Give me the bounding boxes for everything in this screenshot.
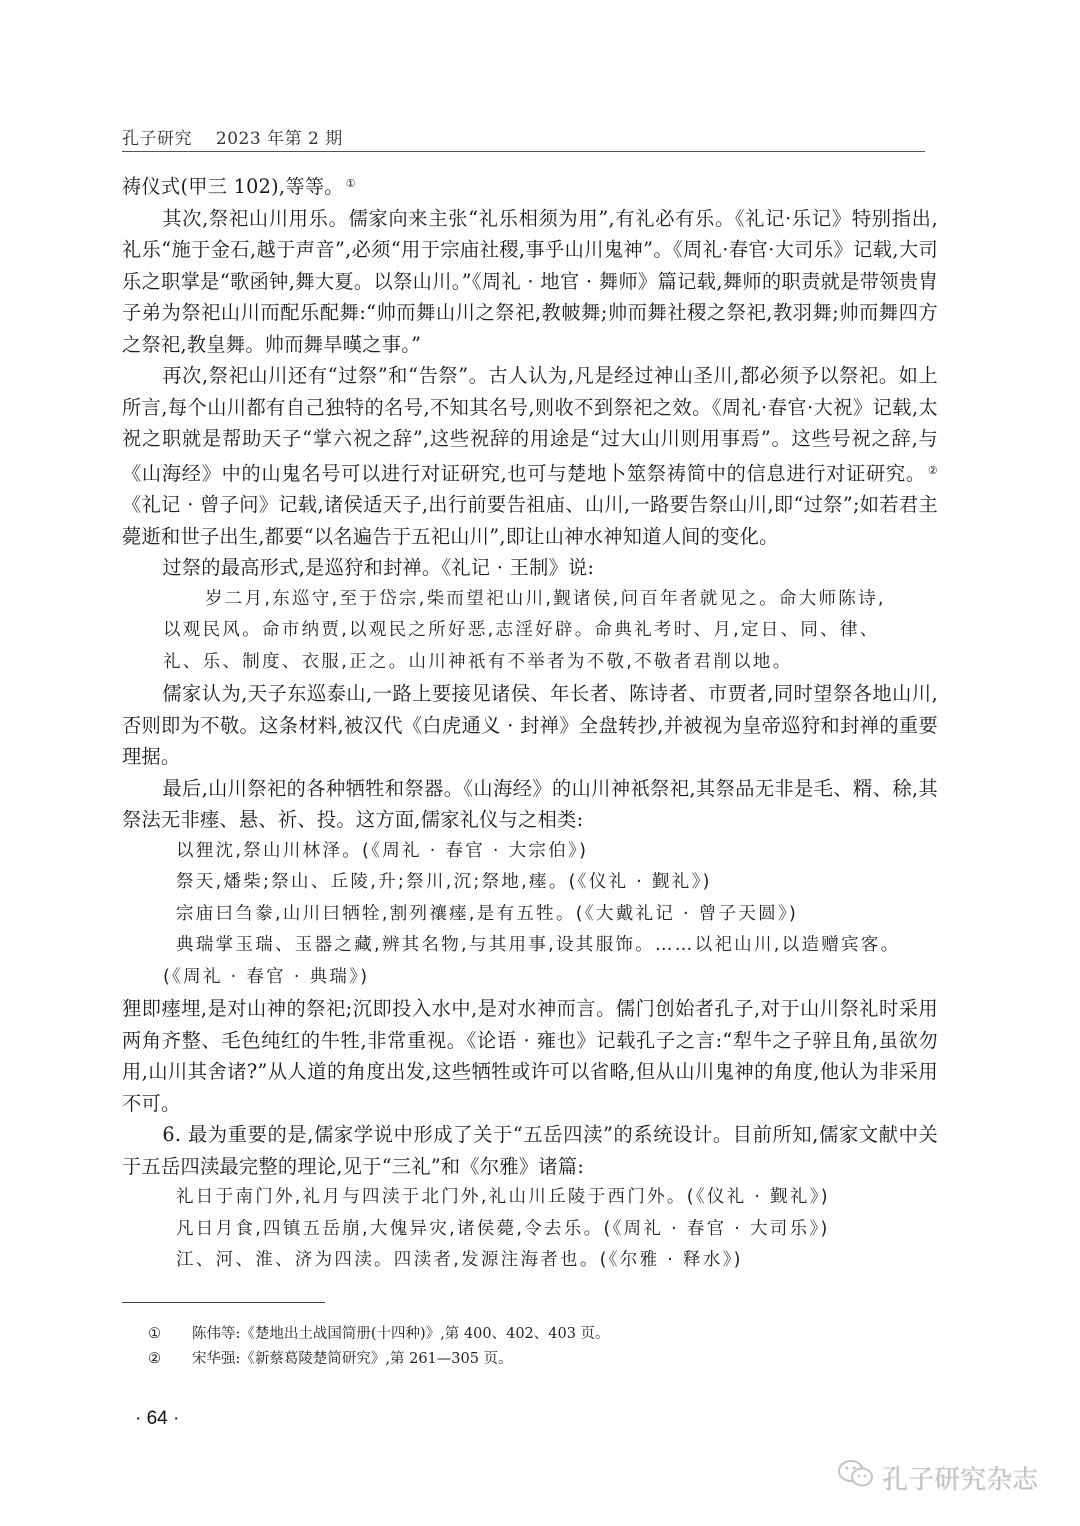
footnotes: ① 陈伟等:《楚地出土战国简册(十四种)》,第 400、402、403 页。 ②… <box>148 1322 848 1372</box>
running-head: 孔子研究 2023 年第 2 期 <box>122 124 925 149</box>
paragraph-text: 祷仪式(甲三 102),等等。 <box>122 175 344 198</box>
paragraph-text: 再次,祭祀山川还有“过祭”和“告祭”。古人认为,凡是经过神山圣川,都必须予以祭祀… <box>122 364 938 485</box>
block-quote: 典瑞掌玉瑞、玉器之藏,辨其名物,与其用事,设其服饰。……以祀山川,以造赠宾客。(… <box>122 930 923 993</box>
footnote-number: ② <box>148 1347 192 1372</box>
wechat-icon <box>836 1458 882 1497</box>
block-quote: 祭天,燔柴;祭山、丘陵,升;祭川,沉;祭地,瘗。(《仪礼 · 觐礼》) <box>122 867 938 899</box>
journal-name: 孔子研究 <box>122 129 192 149</box>
paragraph: 其次,祭祀山川用乐。儒家向来主张“礼乐相须为用”,有礼必有乐。《礼记·乐记》特别… <box>122 203 938 361</box>
footnote-ref[interactable]: ① <box>346 177 356 190</box>
block-quote: 以狸沈,祭山川林泽。(《周礼 · 春官 · 大宗伯》) <box>122 836 938 868</box>
watermark-text: 孔子研究杂志 <box>882 1459 1038 1496</box>
footnote-rule <box>122 1302 325 1303</box>
header-rule <box>122 151 925 152</box>
article-body: 祷仪式(甲三 102),等等。① 其次,祭祀山川用乐。儒家向来主张“礼乐相须为用… <box>122 168 938 1277</box>
footnote: ① 陈伟等:《楚地出土战国简册(十四种)》,第 400、402、403 页。 <box>148 1322 848 1347</box>
block-quote: 宗庙曰刍豢,山川曰牺牷,割列禳瘗,是有五牲。(《大戴礼记 · 曾子天圆》) <box>122 899 938 931</box>
watermark: 孔子研究杂志 <box>836 1458 1038 1497</box>
paragraph: 儒家认为,天子东巡泰山,一路上要接见诸侯、年长者、陈诗者、市贾者,同时望祭各地山… <box>122 678 938 773</box>
footnote-text: 陈伟等:《楚地出土战国简册(十四种)》,第 400、402、403 页。 <box>192 1322 610 1347</box>
page-number: · 64 · <box>135 1408 179 1430</box>
block-quote: 凡日月食,四镇五岳崩,大傀异灾,诸侯薨,令去乐。(《周礼 · 春官 · 大司乐》… <box>122 1214 938 1246</box>
paragraph: 6. 最为重要的是,儒家学说中形成了关于“五岳四渎”的系统设计。目前所知,儒家文… <box>122 1119 938 1182</box>
paragraph: 祷仪式(甲三 102),等等。① <box>122 168 938 203</box>
block-quote: 岁二月,东巡守,至于岱宗,柴而望祀山川,觐诸侯,问百年者就见之。命大师陈诗,以观… <box>122 584 903 679</box>
footnote: ② 宋华强:《新蔡葛陵楚简研究》,第 261—305 页。 <box>148 1347 848 1372</box>
issue-label: 2023 年第 2 期 <box>216 129 343 149</box>
footnote-number: ① <box>148 1322 192 1347</box>
block-quote: 礼日于南门外,礼月与四渎于北门外,礼山川丘陵于西门外。(《仪礼 · 觐礼》) <box>122 1182 938 1214</box>
footnote-ref[interactable]: ② <box>928 464 938 477</box>
paragraph: 狸即瘗埋,是对山神的祭祀;沉即投入水中,是对水神而言。儒门创始者孔子,对于山川祭… <box>122 993 938 1119</box>
block-quote: 江、河、淮、济为四渎。四渎者,发源注海者也。(《尔雅 · 释水》) <box>122 1245 938 1277</box>
paragraph: 过祭的最高形式,是巡狩和封禅。《礼记 · 王制》说: <box>122 552 938 584</box>
paragraph: 再次,祭祀山川还有“过祭”和“告祭”。古人认为,凡是经过神山圣川,都必须予以祭祀… <box>122 360 938 552</box>
footnote-text: 宋华强:《新蔡葛陵楚简研究》,第 261—305 页。 <box>192 1347 513 1372</box>
paragraph-text: 《礼记 · 曾子问》记载,诸侯适天子,出行前要告祖庙、山川,一路要告祭山川,即“… <box>122 493 938 548</box>
paragraph: 最后,山川祭祀的各种牺牲和祭器。《山海经》的山川神祇祭祀,其祭品无非是毛、糈、稌… <box>122 773 938 836</box>
